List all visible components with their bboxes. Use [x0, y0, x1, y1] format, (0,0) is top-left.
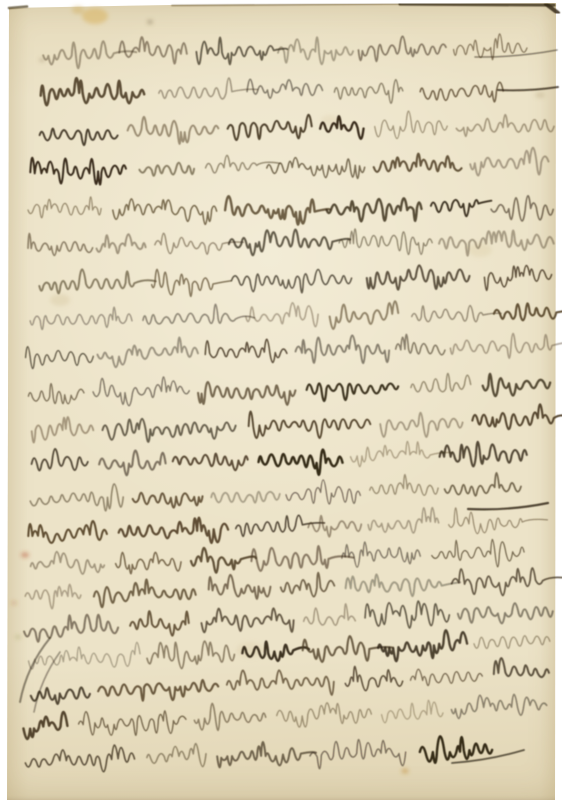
letter-page	[0, 0, 562, 800]
manuscript-scan	[0, 0, 562, 800]
